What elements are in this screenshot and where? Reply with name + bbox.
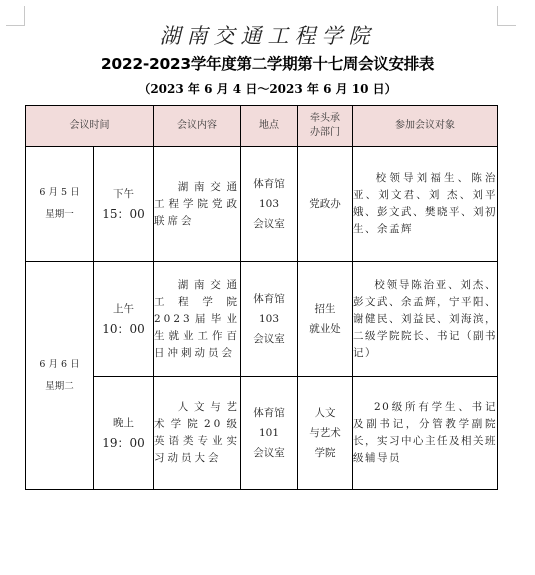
organizer-name-line1: 招生 bbox=[298, 299, 352, 319]
period-label: 上午 bbox=[94, 299, 153, 319]
table-header-row: 会议时间 会议内容 地点 牵头承办部门 参加会议对象 bbox=[26, 106, 498, 147]
location-room-number: 103 bbox=[241, 309, 297, 329]
organizer-name-line1: 人文 bbox=[298, 403, 352, 423]
document-title: 2022-2023学年度第二学期第十七周会议安排表 bbox=[0, 52, 535, 74]
meeting-content: 湖南交通工程学院2023届毕业生就业工作百日冲刺动员会 bbox=[154, 279, 240, 359]
attendees-cell: 校领导刘福生、陈治亚、刘文君、刘 杰、刘平娥、彭文武、樊晓平、刘初生、余孟辉 bbox=[353, 147, 498, 262]
organizer-name-line2: 就业处 bbox=[298, 319, 352, 339]
attendees-list: 校领导刘福生、陈治亚、刘文君、刘 杰、刘平娥、彭文武、樊晓平、刘初生、余孟辉 bbox=[353, 172, 497, 235]
content-cell: 湖南交通工程学院党政联席会 bbox=[154, 147, 241, 262]
time-label: 19：00 bbox=[94, 433, 153, 453]
location-cell: 体育馆 103 会议室 bbox=[241, 147, 298, 262]
location-cell: 体育馆 101 会议室 bbox=[241, 377, 298, 490]
table-row: 6 月 5 日 星期一 下午 15：00 湖南交通工程学院党政联席会 体育馆 1… bbox=[26, 147, 498, 262]
organizer-cell: 党政办 bbox=[298, 147, 353, 262]
attendees-list: 校领导陈治亚、刘杰、彭文武、余孟辉，宁平阳、谢健民、刘益民、刘海滨，二级学院院长… bbox=[353, 279, 497, 359]
organizer-cell: 人文 与艺术 学院 bbox=[298, 377, 353, 490]
organizer-cell: 招生 就业处 bbox=[298, 262, 353, 377]
location-venue: 体育馆 bbox=[241, 403, 297, 423]
location-cell: 体育馆 103 会议室 bbox=[241, 262, 298, 377]
header-organizer-label: 牵头承办部门 bbox=[309, 112, 341, 140]
location-room-number: 101 bbox=[241, 423, 297, 443]
date-cell: 6 月 5 日 星期一 bbox=[26, 147, 94, 262]
meeting-schedule-table: 会议时间 会议内容 地点 牵头承办部门 参加会议对象 6 月 5 日 星期一 下… bbox=[25, 105, 498, 490]
school-name: 湖南交通工程学院 bbox=[0, 20, 535, 50]
date-label: 6 月 6 日 bbox=[26, 354, 93, 376]
attendees-cell: 20级所有学生、书记及副书记，分管教学副院长，实习中心主任及相关班级辅导员 bbox=[353, 377, 498, 490]
content-cell: 湖南交通工程学院2023届毕业生就业工作百日冲刺动员会 bbox=[154, 262, 241, 377]
location-room-type: 会议室 bbox=[241, 329, 297, 349]
attendees-list: 20级所有学生、书记及副书记，分管教学副院长，实习中心主任及相关班级辅导员 bbox=[353, 401, 497, 464]
time-cell: 晚上 19：00 bbox=[94, 377, 154, 490]
header-organizer: 牵头承办部门 bbox=[298, 106, 353, 147]
organizer-name: 党政办 bbox=[298, 194, 352, 214]
meeting-content: 湖南交通工程学院党政联席会 bbox=[154, 181, 240, 227]
content-cell: 人文与艺术学院20级英语类专业实习动员大会 bbox=[154, 377, 241, 490]
time-label: 15：00 bbox=[94, 204, 153, 224]
organizer-name-line3: 学院 bbox=[298, 443, 352, 463]
header-meeting-time: 会议时间 bbox=[26, 106, 154, 147]
meeting-content: 人文与艺术学院20级英语类专业实习动员大会 bbox=[154, 401, 240, 464]
time-label: 10：00 bbox=[94, 319, 153, 339]
location-room-type: 会议室 bbox=[241, 214, 297, 234]
organizer-name-line2: 与艺术 bbox=[298, 423, 352, 443]
date-cell: 6 月 6 日 星期二 bbox=[26, 262, 94, 490]
period-label: 下午 bbox=[94, 184, 153, 204]
location-room-type: 会议室 bbox=[241, 443, 297, 463]
period-label: 晚上 bbox=[94, 413, 153, 433]
table-row: 6 月 6 日 星期二 上午 10：00 湖南交通工程学院2023届毕业生就业工… bbox=[26, 262, 498, 377]
time-cell: 下午 15：00 bbox=[94, 147, 154, 262]
header-attendees: 参加会议对象 bbox=[353, 106, 498, 147]
date-range: （2023 年 6 月 4 日～2023 年 6 月 10 日） bbox=[0, 80, 535, 97]
date-label: 6 月 5 日 bbox=[26, 182, 93, 204]
header-meeting-content: 会议内容 bbox=[154, 106, 241, 147]
attendees-cell: 校领导陈治亚、刘杰、彭文武、余孟辉，宁平阳、谢健民、刘益民、刘海滨，二级学院院长… bbox=[353, 262, 498, 377]
table-row: 晚上 19：00 人文与艺术学院20级英语类专业实习动员大会 体育馆 101 会… bbox=[26, 377, 498, 490]
weekday-label: 星期一 bbox=[26, 204, 93, 226]
location-venue: 体育馆 bbox=[241, 289, 297, 309]
header-location: 地点 bbox=[241, 106, 298, 147]
weekday-label: 星期二 bbox=[26, 376, 93, 398]
location-venue: 体育馆 bbox=[241, 174, 297, 194]
location-room-number: 103 bbox=[241, 194, 297, 214]
time-cell: 上午 10：00 bbox=[94, 262, 154, 377]
